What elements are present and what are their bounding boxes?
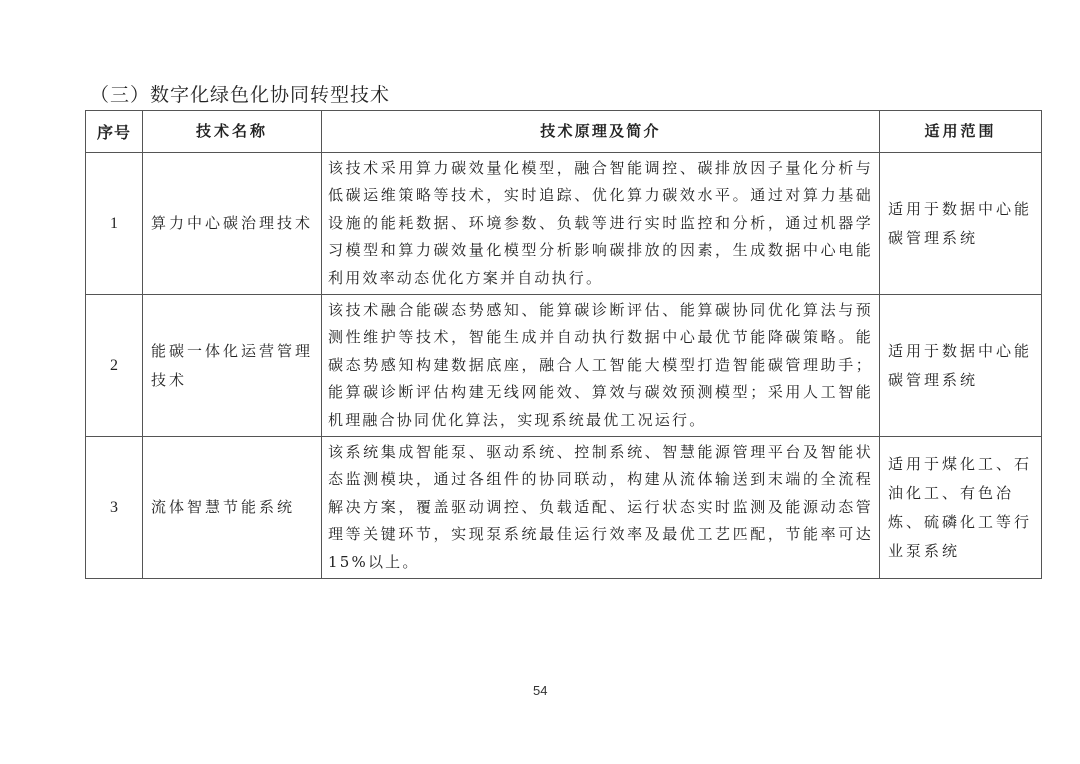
application-scope: 适用于数据中心能碳管理系统 <box>880 295 1042 437</box>
technology-name: 能碳一体化运营管理技术 <box>143 295 322 437</box>
technology-description: 该技术采用算力碳效量化模型，融合智能调控、碳排放因子量化分析与低碳运维策略等技术… <box>322 153 880 295</box>
technology-name: 流体智慧节能系统 <box>143 437 322 579</box>
header-name: 技术名称 <box>143 111 322 153</box>
technology-name: 算力中心碳治理技术 <box>143 153 322 295</box>
header-description: 技术原理及简介 <box>322 111 880 153</box>
row-number: 2 <box>86 295 143 437</box>
header-scope: 适用范围 <box>880 111 1042 153</box>
page-number: 54 <box>533 683 547 698</box>
header-no: 序号 <box>86 111 143 153</box>
table-row: 2 能碳一体化运营管理技术 该技术融合能碳态势感知、能算碳诊断评估、能算碳协同优… <box>86 295 1042 437</box>
row-number: 3 <box>86 437 143 579</box>
technology-table: 序号 技术名称 技术原理及简介 适用范围 1 算力中心碳治理技术 该技术采用算力… <box>85 110 1042 579</box>
row-number: 1 <box>86 153 143 295</box>
table-row: 3 流体智慧节能系统 该系统集成智能泵、驱动系统、控制系统、智慧能源管理平台及智… <box>86 437 1042 579</box>
table-row: 1 算力中心碳治理技术 该技术采用算力碳效量化模型，融合智能调控、碳排放因子量化… <box>86 153 1042 295</box>
technology-description: 该技术融合能碳态势感知、能算碳诊断评估、能算碳协同优化算法与预测性维护等技术，智… <box>322 295 880 437</box>
application-scope: 适用于煤化工、石油化工、有色冶炼、硫磷化工等行业泵系统 <box>880 437 1042 579</box>
table-header-row: 序号 技术名称 技术原理及简介 适用范围 <box>86 111 1042 153</box>
technology-description: 该系统集成智能泵、驱动系统、控制系统、智慧能源管理平台及智能状态监测模块，通过各… <box>322 437 880 579</box>
section-title: （三）数字化绿色化协同转型技术 <box>90 80 390 107</box>
application-scope: 适用于数据中心能碳管理系统 <box>880 153 1042 295</box>
